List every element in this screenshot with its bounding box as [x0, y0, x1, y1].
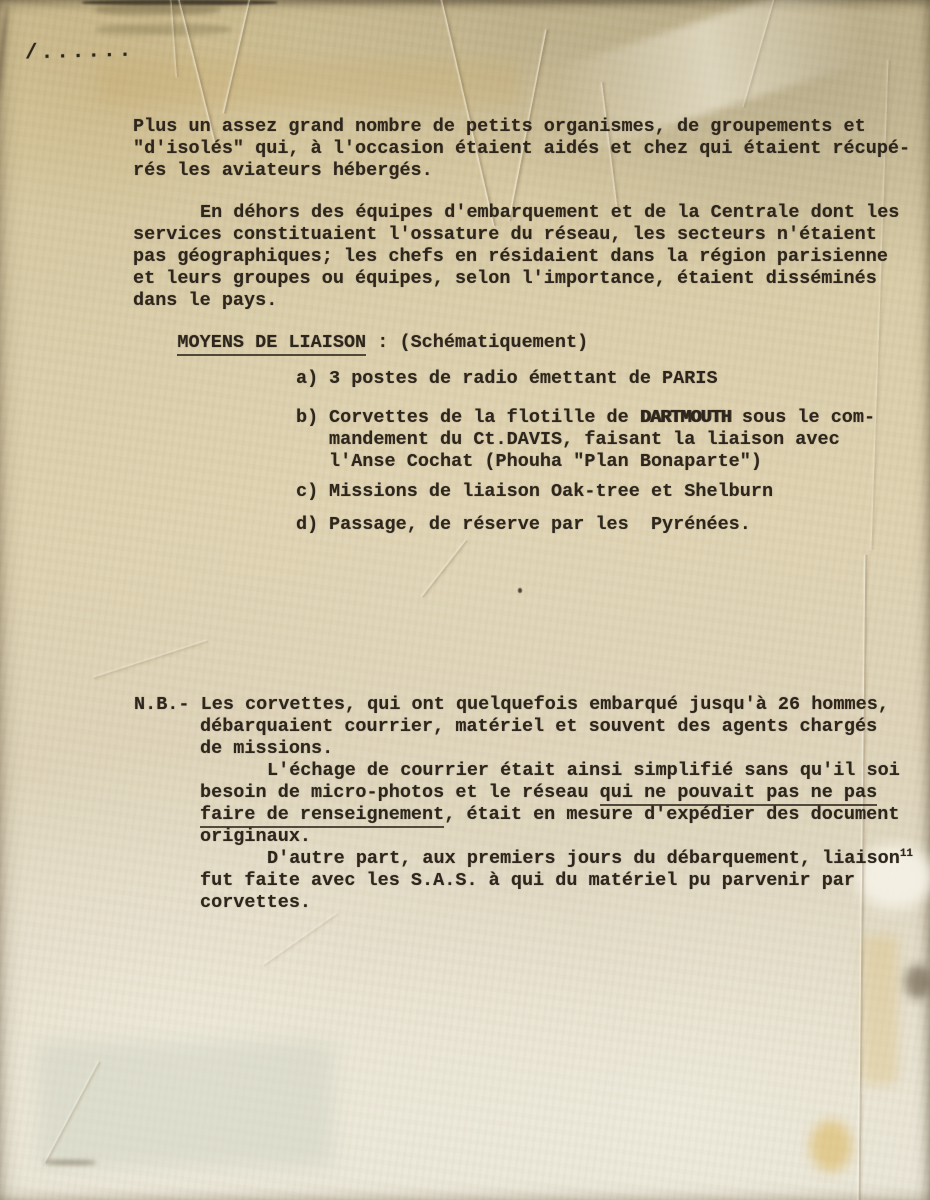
list-item-text-segment: sous le com- — [731, 407, 875, 428]
list-item-marker: b) — [296, 407, 318, 429]
edge-smudge — [270, 0, 700, 3]
list-item-marker: d) — [296, 514, 318, 536]
list-item-text: Corvettes de la flotille de DARTMOUTH so… — [329, 407, 875, 429]
paragraph-line: Plus un assez grand nombre de petits org… — [133, 116, 866, 138]
paragraph-line: services constituaient l'ossature du rés… — [133, 224, 877, 246]
nb-note-line: de missions. — [200, 738, 333, 760]
ink-dot — [518, 588, 522, 593]
paragraph-line: et leurs groupes ou équipes, selon l'imp… — [133, 268, 877, 290]
ship-name: DARTMOUTH — [640, 407, 731, 428]
section-heading: MOYENS DE LIAISON : (Schématiquement) — [133, 310, 588, 376]
paragraph-line: dans le pays. — [133, 290, 277, 312]
heading-underlined-title: MOYENS DE LIAISON — [177, 332, 366, 356]
underlined-phrase: qui ne pouvait pas ne pas — [600, 782, 878, 806]
nb-note-line: besoin de micro-photos et le réseau qui … — [200, 782, 877, 804]
nb-note-line: L'échage de courrier était ainsi simplif… — [267, 760, 900, 782]
nb-text-segment: besoin de micro-photos et le réseau — [200, 782, 600, 803]
paragraph-line: pas géographiques; les chefs en résidaie… — [133, 246, 888, 268]
nb-note-line: débarquaient courrier, matériel et souve… — [200, 716, 877, 738]
list-item-text: l'Anse Cochat (Phouha "Plan Bonaparte") — [329, 451, 762, 473]
nb-text-segment: , était en mesure d'expédier des documen… — [444, 804, 899, 825]
nb-note-line: originaux. — [200, 826, 311, 848]
list-item-text: Passage, de réserve par les Pyrénées. — [329, 514, 751, 536]
list-item-text-segment: Corvettes de la flotille de — [329, 407, 640, 428]
continuation-mark: /...... — [25, 41, 135, 66]
paragraph-line: rés les aviateurs hébergés. — [133, 160, 433, 182]
list-item-text: mandement du Ct.DAVIS, faisant la liaiso… — [329, 429, 840, 451]
scanned-document-page: /...... Plus un assez grand nombre de pe… — [0, 0, 930, 1200]
underlined-phrase: faire de renseignement — [200, 804, 444, 828]
list-item-text: Missions de liaison Oak-tree et Shelburn — [329, 481, 773, 503]
paragraph-line: "d'isolés" qui, à l'occasion étaient aid… — [133, 138, 910, 160]
nb-note-line: N.B.- Les corvettes, qui ont quelquefois… — [134, 694, 889, 716]
list-item-marker: c) — [296, 481, 318, 503]
nb-note-line: corvettes. — [200, 892, 311, 914]
heading-suffix: : (Schématiquement) — [366, 332, 588, 353]
footnote-mark: 11 — [900, 848, 913, 860]
edge-smudge — [44, 1160, 96, 1165]
nb-note-line: fut faite avec les S.A.S. à qui du matér… — [200, 870, 855, 892]
list-item-marker: a) — [296, 368, 318, 390]
nb-note-line: D'autre part, aux premiers jours du déba… — [267, 848, 913, 870]
bleedthrough-smudge — [95, 4, 220, 15]
nb-note-line: faire de renseignement, était en mesure … — [200, 804, 899, 826]
paragraph-line: En déhors des équipes d'embarquement et … — [200, 202, 899, 224]
nb-text-segment: D'autre part, aux premiers jours du déba… — [267, 848, 900, 869]
bleedthrough-smudge — [96, 24, 231, 35]
list-item-text: 3 postes de radio émettant de PARIS — [329, 368, 718, 390]
